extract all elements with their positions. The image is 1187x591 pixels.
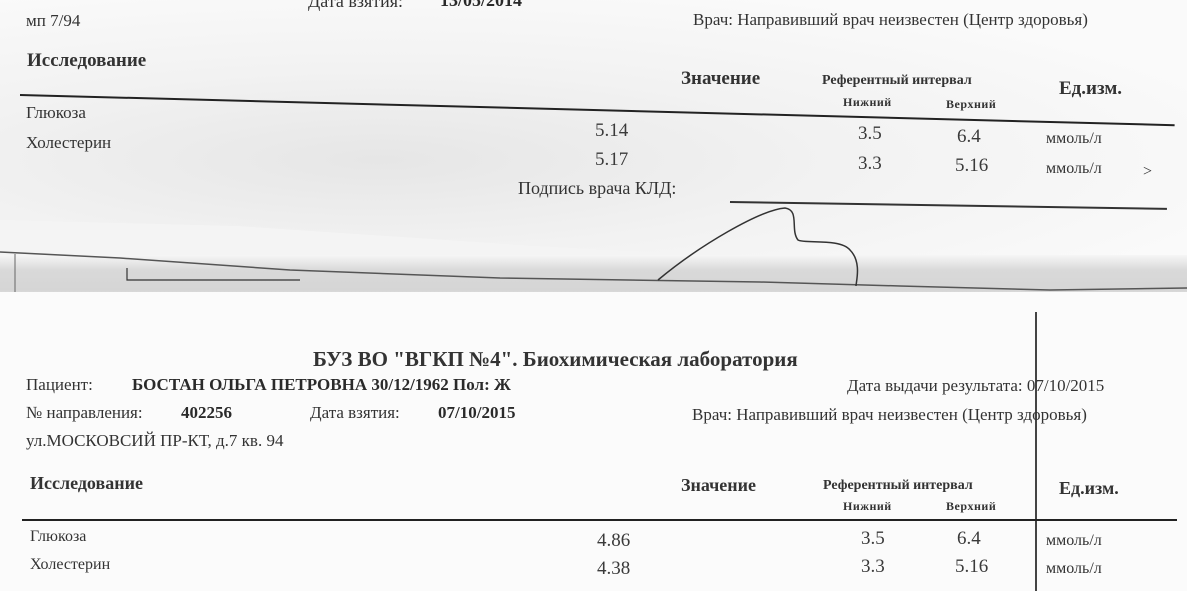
lower-header-units: Ед.изм. [1059,478,1119,499]
referral-label: № направления: [26,403,143,423]
lower-row-glucose-upper: 6.4 [957,528,981,550]
lower-header-lower: Нижний [843,499,892,514]
sample-date-label: Дата взятия: [310,403,400,423]
lower-header-value: Значение [681,475,756,496]
patient-address: ул.МОСКОВСИЙ ПР-КТ, д.7 кв. 94 [26,431,283,451]
referral-value: 402256 [181,403,232,423]
lab-title: БУЗ ВО "ВГКП №4". Биохимическая лаборато… [313,347,798,372]
lower-header-upper: Верхний [946,499,996,514]
lower-row-glucose-value: 4.86 [597,530,630,552]
scan-vertical-line [1035,312,1037,591]
lower-header-study: Исследование [30,473,143,494]
lower-row-cholesterol-name: Холестерин [30,556,110,574]
lower-row-glucose-unit: ммоль/л [1046,532,1102,550]
lower-header-reference: Референтный интервал [823,478,973,494]
issue-date: Дата выдачи результата: 07/10/2015 [847,376,1104,396]
lower-row-cholesterol-value: 4.38 [597,558,630,580]
lower-report-sheet: БУЗ ВО "ВГКП №4". Биохимическая лаборато… [0,292,1187,591]
patient-value: БОСТАН ОЛЬГА ПЕТРОВНА 30/12/1962 Пол: Ж [132,375,511,395]
lower-row-cholesterol-unit: ммоль/л [1046,560,1102,578]
lower-row-glucose-name: Глюкоза [30,528,86,546]
signature-scribble [0,0,1187,300]
lower-doctor: Врач: Направивший врач неизвестен (Центр… [692,405,1087,425]
lower-row-glucose-lower: 3.5 [861,528,885,550]
sample-date-value: 07/10/2015 [438,403,515,423]
patient-label: Пациент: [26,375,93,395]
lower-row-cholesterol-upper: 5.16 [955,556,988,578]
lower-row-cholesterol-lower: 3.3 [861,556,885,578]
lower-header-rule [22,519,1177,521]
